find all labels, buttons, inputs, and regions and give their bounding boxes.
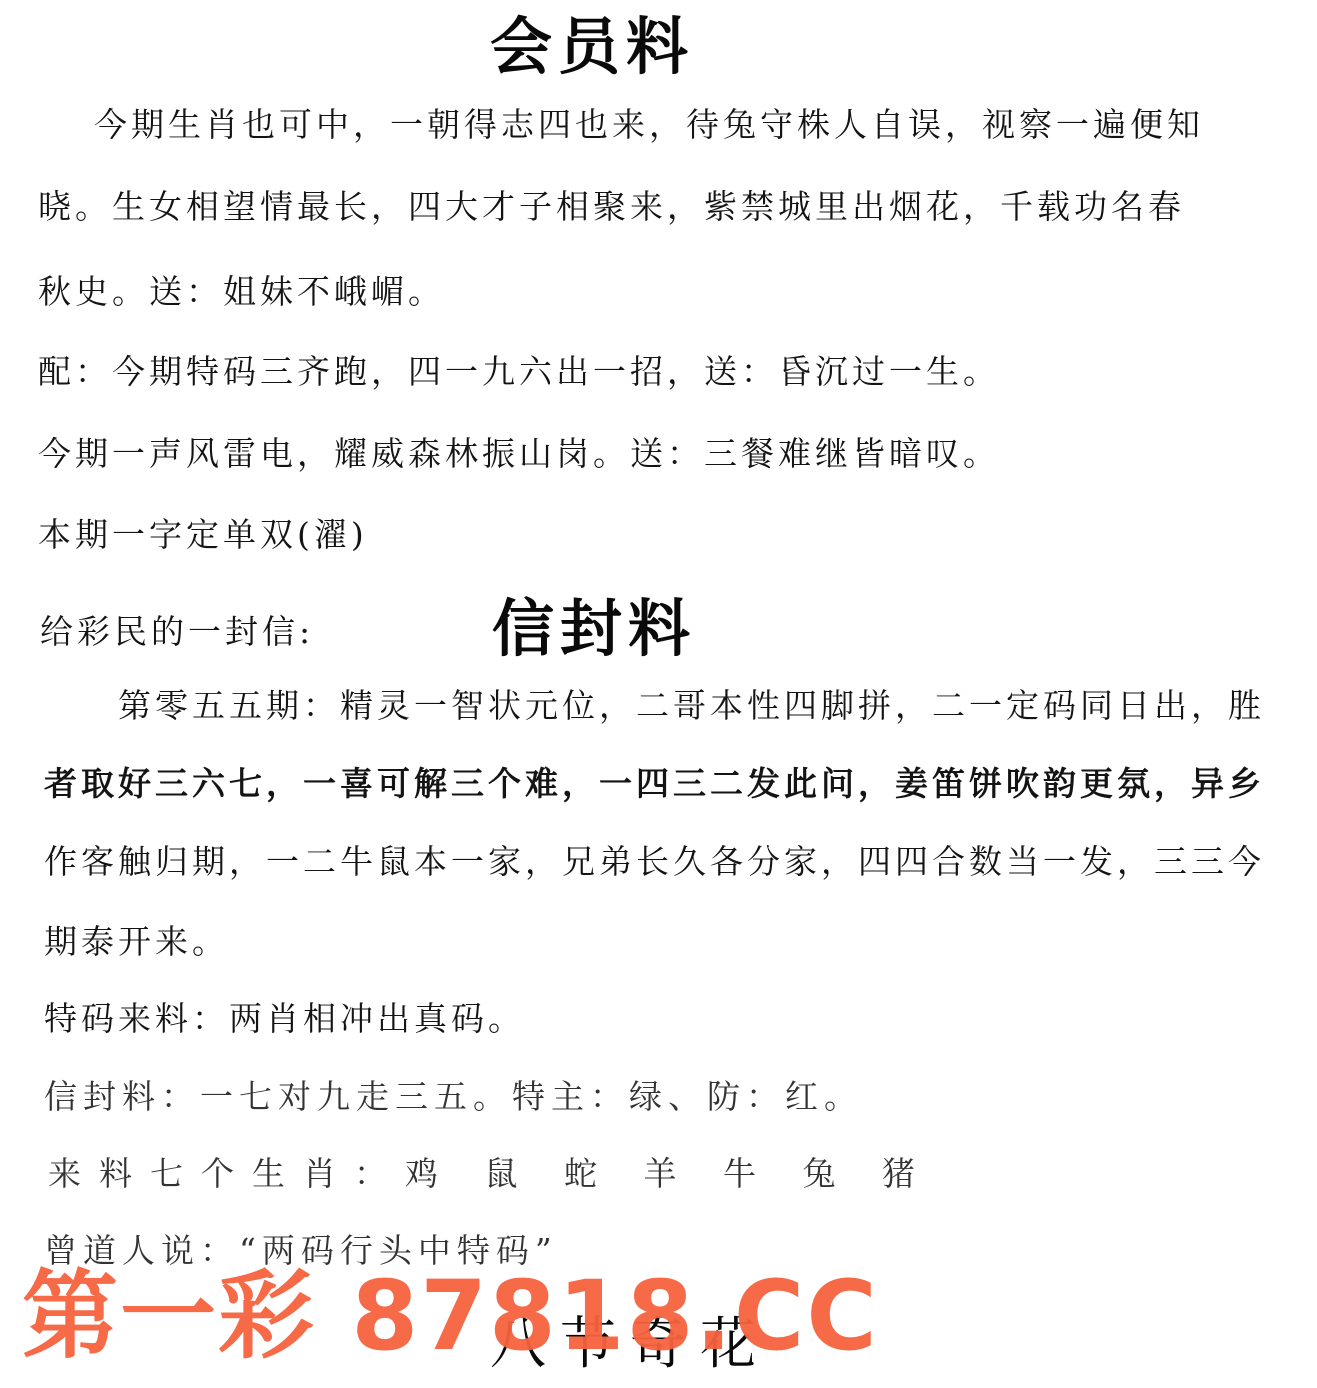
text-line: 第零五五期：精灵一智状元位，二哥本性四脚拼，二一定码同日出，胜 [118,689,1265,722]
text-line: 本期一字定单双(濯) [38,518,368,551]
text-line: 者取好三六七，一喜可解三个难，一四三二发此问，姜笛饼吹韵更氛，异乡 [44,767,1265,800]
scanned-document-page: 会员料 今期生肖也可中，一朝得志四也来，待兔守株人自误，视察一遍便知 晓。生女相… [0,0,1317,1388]
watermark: 第一彩 87818.CC [22,1268,879,1364]
text-line: 秋史。送：姐妹不峨嵋。 [38,275,445,308]
text-line: 今期生肖也可中，一朝得志四也来，待兔守株人自误，视察一遍便知 [94,108,1204,141]
text-line: 特码来料：两肖相冲出真码。 [44,1002,525,1035]
letter-label: 给彩民的一封信: [40,615,314,648]
text-line: 来料七个生肖：鸡 鼠 蛇 羊 牛 兔 猪 [48,1157,933,1190]
section-title-envelope: 信封料 [492,598,696,660]
text-line: 配：今期特码三齐跑，四一九六出一招，送：昏沉过一生。 [38,355,1000,388]
section-title-member: 会员料 [490,16,694,78]
text-line: 晓。生女相望情最长，四大才子相聚来，紫禁城里出烟花，千载功名春 [38,190,1185,223]
text-line: 信封料：一七对九走三五。特主：绿、防：红。 [44,1080,863,1113]
text-line: 作客触归期，一二牛鼠本一家，兄弟长久各分家，四四合数当一发，三三今 [44,845,1265,878]
text-line: 今期一声风雷电，耀威森林振山岗。送：三餐难继皆暗叹。 [38,437,1000,470]
text-line: 期泰开来。 [44,925,229,958]
